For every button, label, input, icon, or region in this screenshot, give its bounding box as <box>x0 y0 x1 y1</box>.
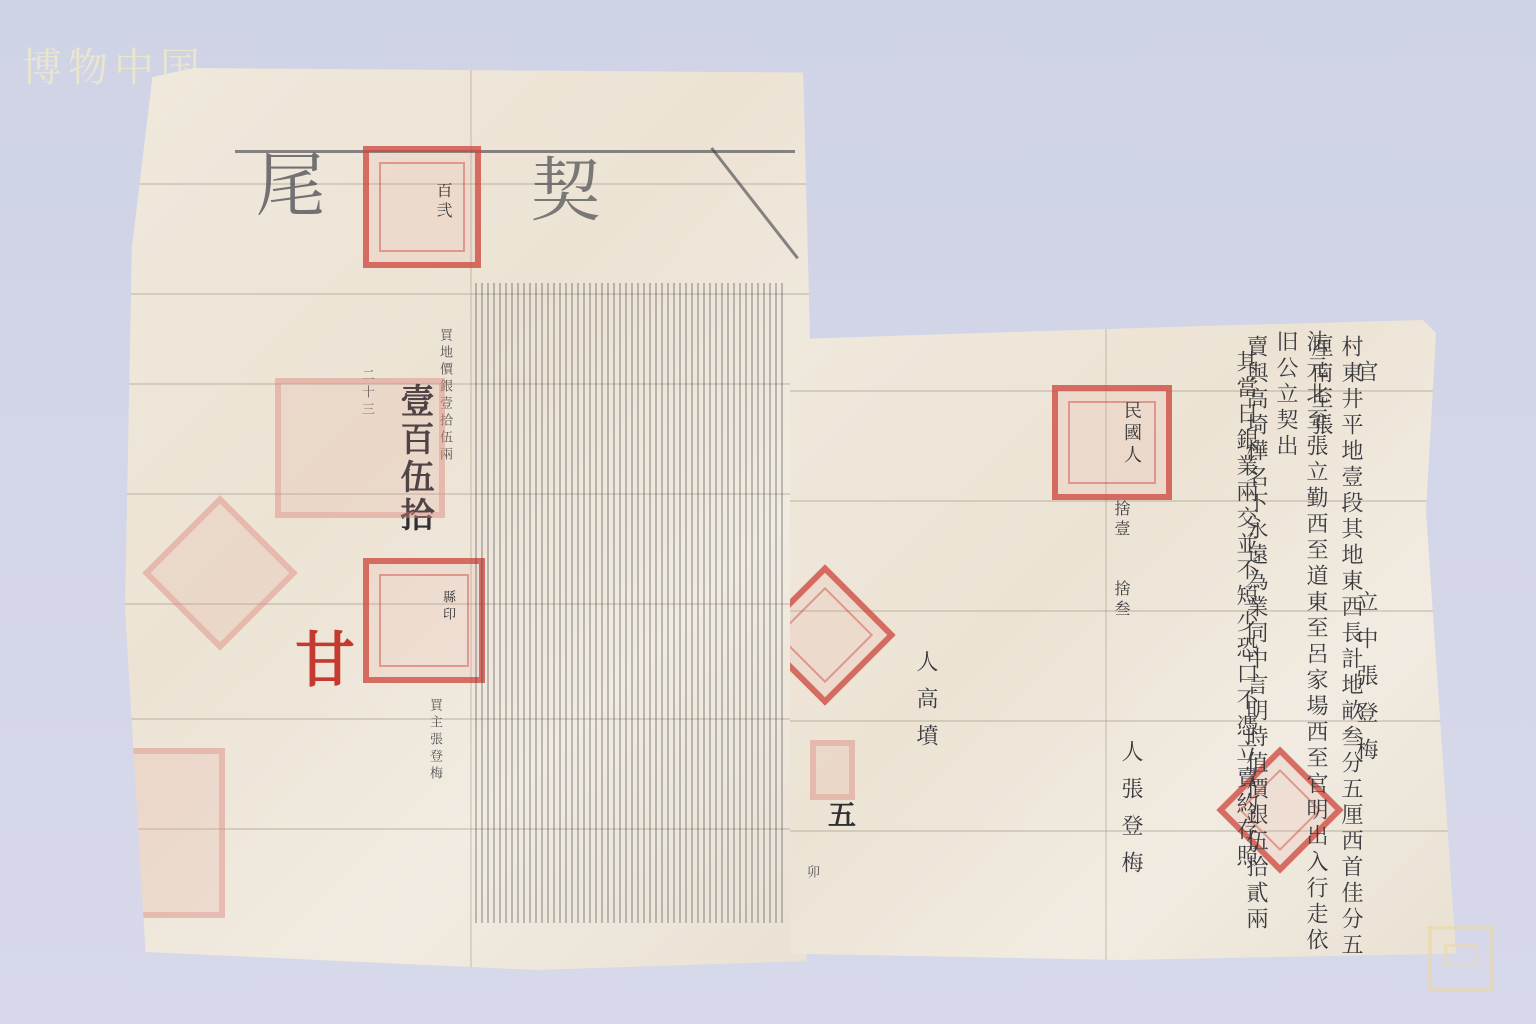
faded-seal <box>275 378 445 518</box>
calligraphy-left: 尾 <box>235 148 336 222</box>
calligraphy-right: 契 <box>510 153 611 227</box>
number-note: 捨叁 <box>1110 580 1133 620</box>
seller-line: 立 中 張 登 梅 <box>1350 590 1380 764</box>
deed-left-sheet: 尾 契 百弐 壹百伍拾 二十三 買地價銀壹拾伍兩 買主張登梅 縣印 甘 <box>125 68 810 970</box>
ink-line <box>710 147 799 259</box>
official-seal-top: 百弐 <box>363 146 481 268</box>
small-seal <box>810 740 855 800</box>
text-column-2: 法元北至張立勤西至道東至呂家場西至官明出入行走依旧公立契出 <box>1270 330 1330 960</box>
faded-seal-bottom <box>125 748 225 918</box>
number-note: 捨壹 <box>1110 500 1133 540</box>
middleman-gao: 人 高 墳 <box>910 650 940 750</box>
official-seal-middle: 縣印 <box>363 558 485 683</box>
faded-diamond-seal <box>142 495 298 651</box>
red-ink-mark: 甘 <box>295 613 355 699</box>
mark-character: 卯 <box>802 865 821 882</box>
middleman-zhang: 人 張 登 梅 <box>1115 740 1145 877</box>
rubbed-text-block <box>475 283 785 923</box>
corner-logo-icon <box>1428 926 1494 992</box>
official-seal-right: 民國人 <box>1052 385 1172 500</box>
text-column-4: 其當日銀業兩交並不短少恐口不憑立賣約存照 <box>1230 350 1260 870</box>
small-column-2: 買主張登梅 <box>425 698 444 783</box>
header-text: 官 <box>1350 360 1380 386</box>
five-character: 五 <box>820 800 860 832</box>
deed-right-sheet: 民國人 村東井平地壹段其地東西長計地畝叁分五厘西首佳分五厘南至張 法元北至張立勤… <box>790 320 1456 960</box>
